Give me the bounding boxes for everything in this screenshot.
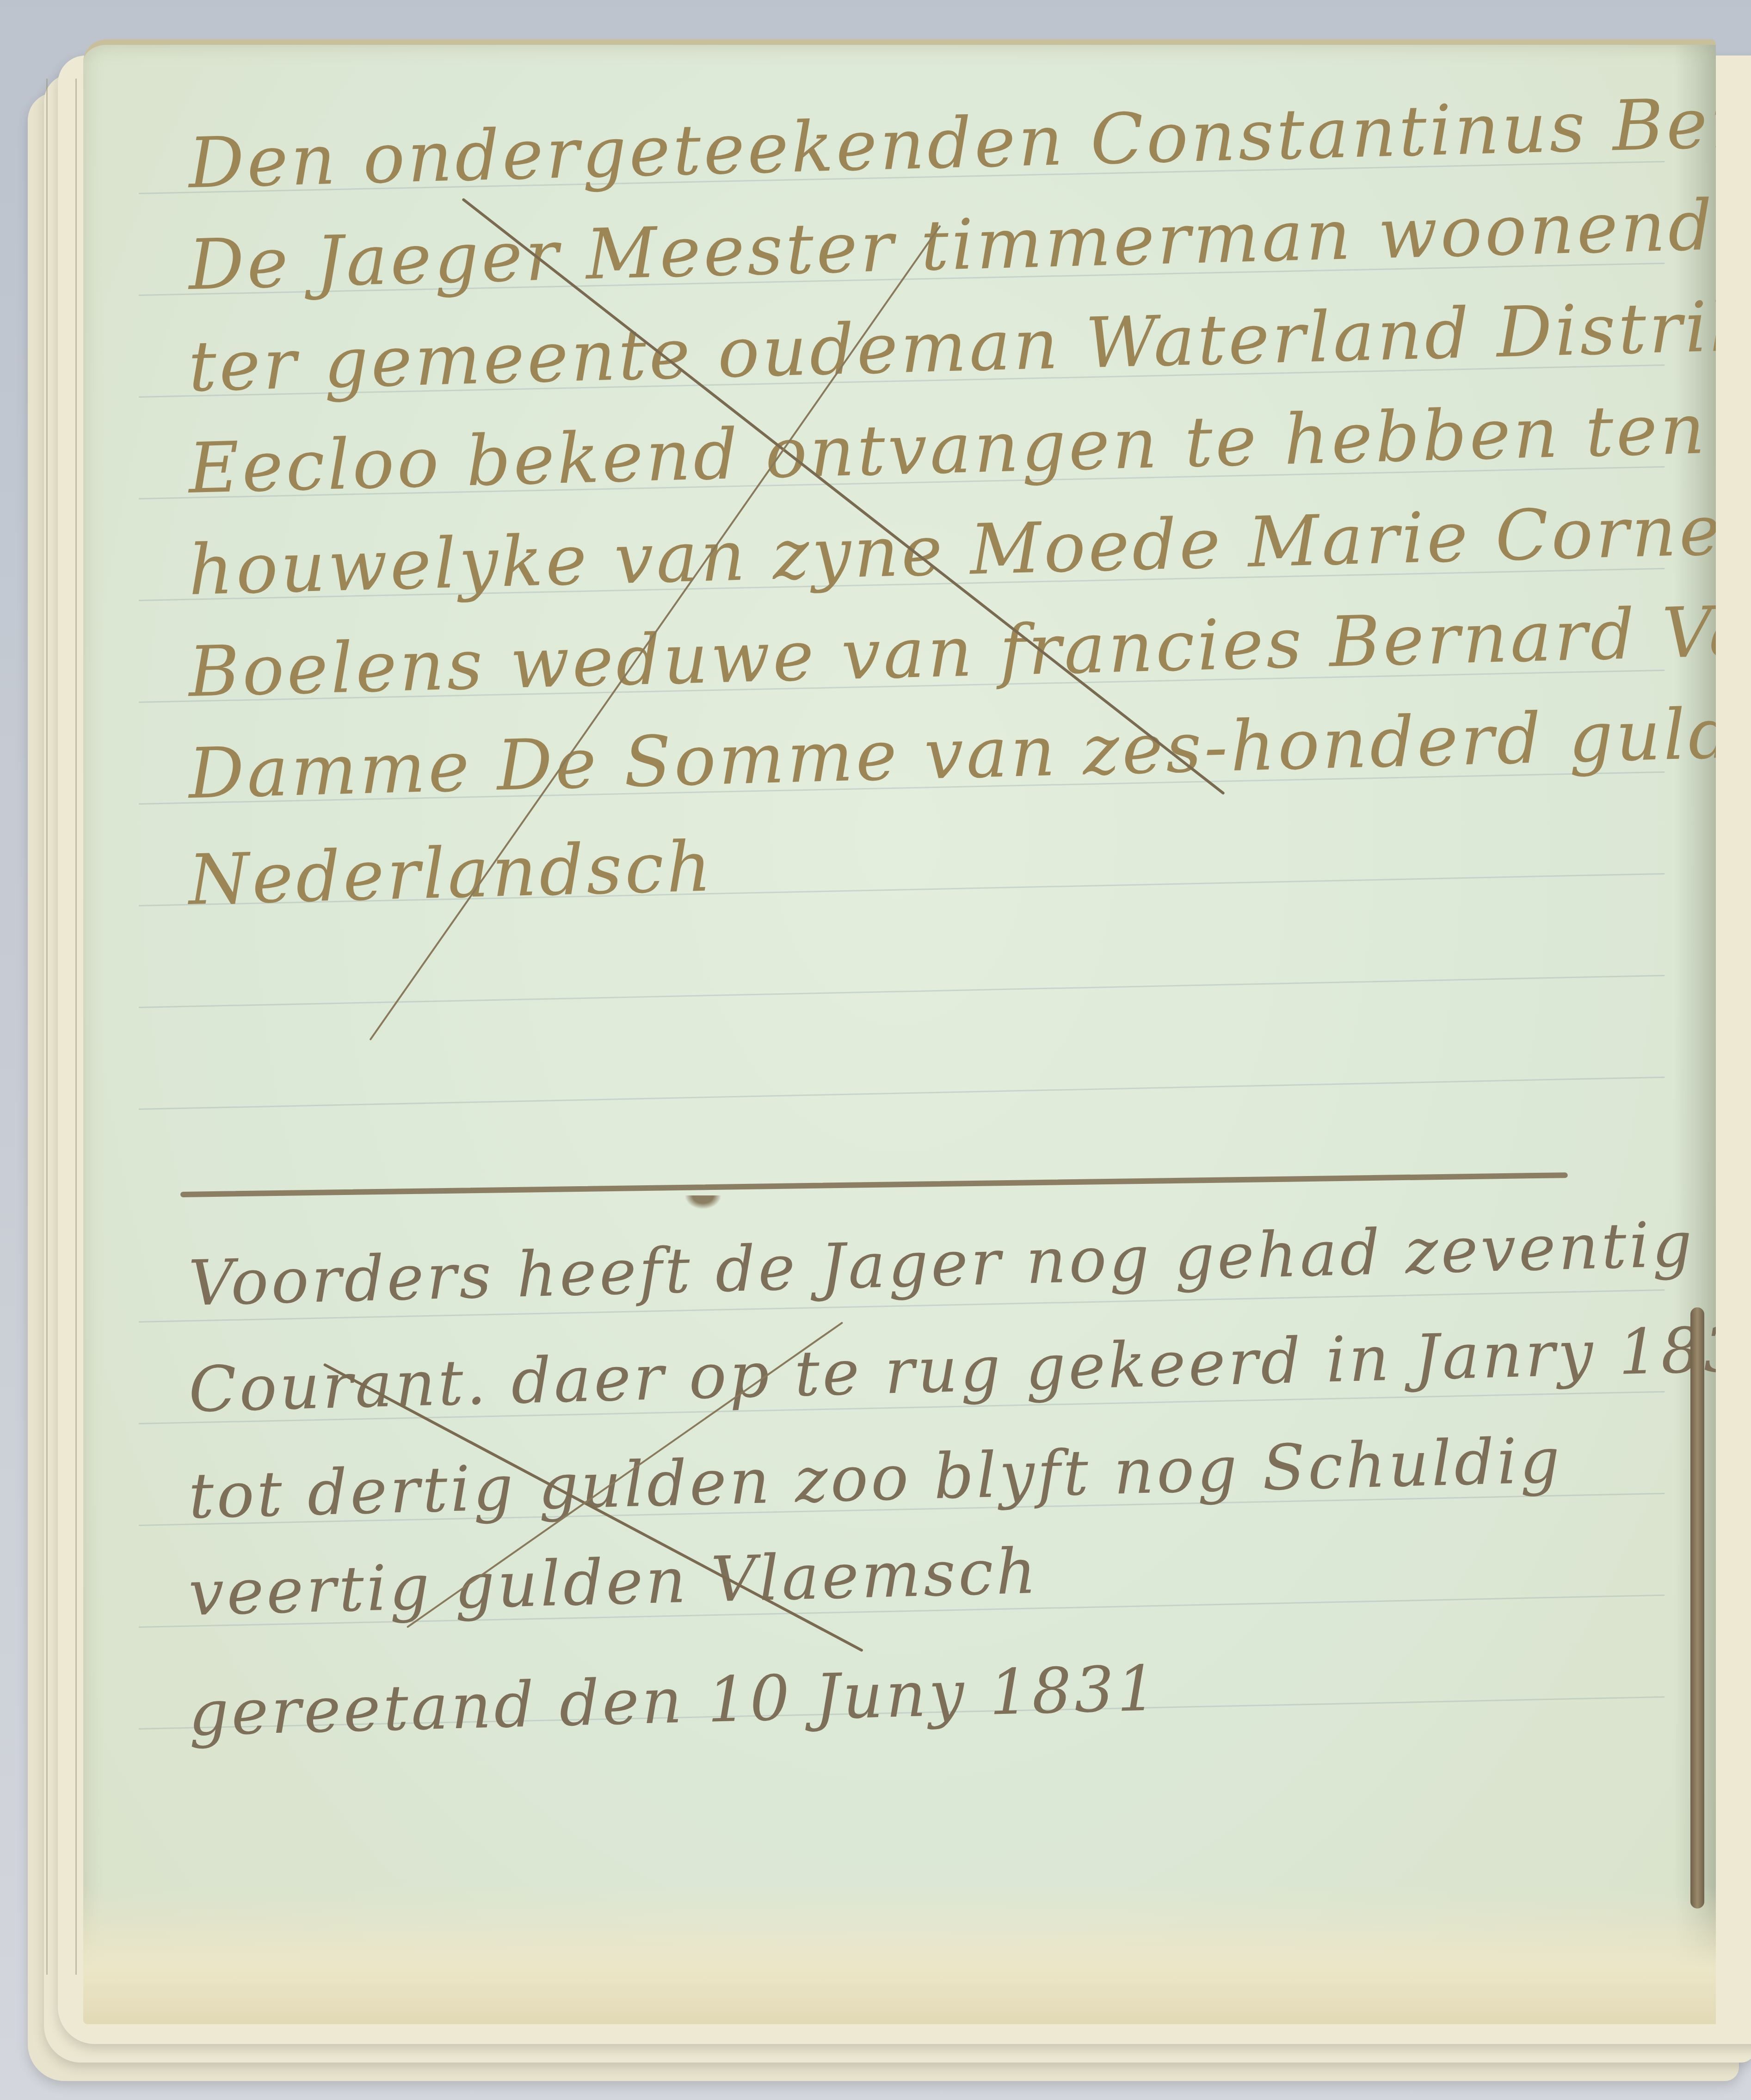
manuscript-page: Den ondergeteekenden Constantinus Bernar… xyxy=(83,39,1716,2024)
entry-1-line-8: Nederlandsch xyxy=(187,826,715,921)
entry-1-line-6: Boelens weduwe van francies Bernard Van xyxy=(187,590,1716,713)
entry-2-line-2: Courant. daer op te rug gekeerd in Janry… xyxy=(188,1312,1716,1426)
entry-2-line-1: Voorders heeft de Jager nog gehad zevent… xyxy=(188,1201,1716,1320)
ruled-line xyxy=(139,1077,1665,1110)
entry-2-line-3: tot dertig gulden zoo blyft nog Schuldig xyxy=(188,1424,1563,1533)
entry-1-line-2: De Jaeger Meester timmerman woonende xyxy=(187,184,1716,306)
entry-1-line-4: Eecloo bekend ontvangen te hebben ten xyxy=(187,389,1708,509)
entry-1-line-1: Den ondergeteekenden Constantinus Bernar… xyxy=(187,76,1716,204)
page-aged-edge xyxy=(83,1885,1716,2024)
ink-drip xyxy=(684,1195,721,1209)
page-edges xyxy=(46,79,77,1975)
binding-thread xyxy=(1690,1307,1704,1909)
entry-2-line-4: veertig gulden Vlaemsch xyxy=(188,1535,1040,1630)
ruled-line xyxy=(139,975,1665,1008)
entry-1-line-3: ter gemeente oudeman Waterland Distrikt xyxy=(187,285,1716,407)
section-divider xyxy=(180,1172,1568,1197)
entry-1-line-7: Damme De Somme van zes-honderd gulden xyxy=(187,691,1716,814)
closing-note: gereetand den 10 Juny 1831 xyxy=(188,1652,1160,1750)
scanned-manuscript: Den ondergeteekenden Constantinus Bernar… xyxy=(0,0,1751,2100)
entry-1-line-5: houwelyke van zyne Moede Marie Cornelia xyxy=(187,488,1716,611)
